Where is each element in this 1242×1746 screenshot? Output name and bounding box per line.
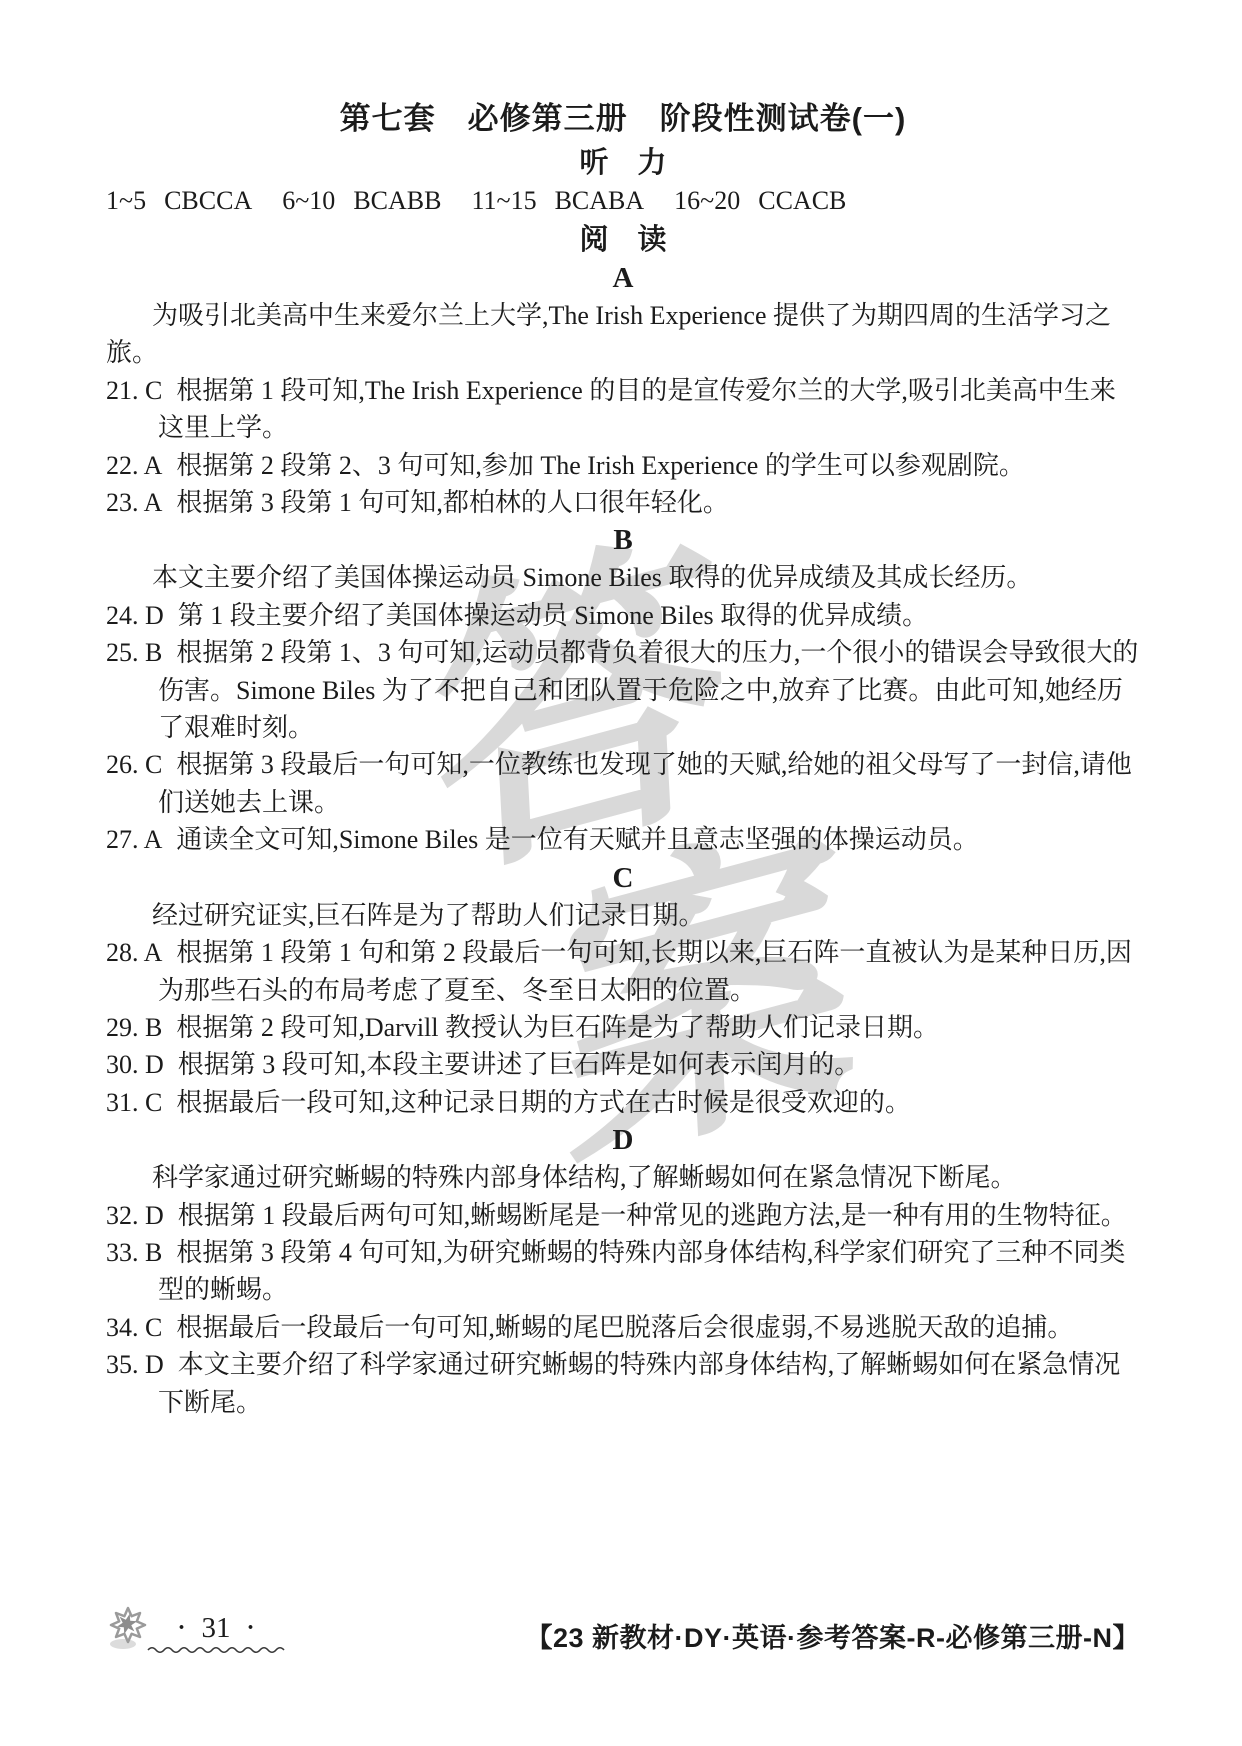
question-label: 30. D [106, 1050, 164, 1079]
question-label: 26. C [106, 750, 162, 779]
answer-range: 16~20 [674, 186, 740, 215]
explanation-text: 根据第 3 段第 4 句可知,为研究蜥蜴的特殊内部身体结构,科学家们研究了三种不… [158, 1238, 1125, 1304]
section-letter-c: C [106, 859, 1140, 897]
answer-item: 23. A根据第 3 段第 1 句可知,都柏林的人口很年轻化。 [106, 484, 1140, 521]
answer-letters: CBCCA [164, 186, 252, 215]
answer-item: 34. C根据最后一段最后一句可知,蜥蜴的尾巴脱落后会很虚弱,不易逃脱天敌的追捕… [106, 1309, 1140, 1346]
page-number-dot-right: · [247, 1615, 255, 1641]
page-title: 第七套 必修第三册 阶段性测试卷(一) [106, 96, 1140, 142]
question-label: 32. D [106, 1201, 164, 1230]
section-letter-a: A [106, 259, 1140, 297]
explanation-text: 通读全文可知,Simone Biles 是一位有天赋并且意志坚强的体操运动员。 [176, 825, 978, 854]
question-label: 34. C [106, 1313, 162, 1342]
answer-item: 21. C根据第 1 段可知,The Irish Experience 的目的是… [106, 372, 1140, 447]
page-number: ·31· [146, 1612, 286, 1645]
question-label: 28. A [106, 938, 162, 967]
starburst-icon [108, 1606, 148, 1655]
explanation-text: 根据最后一段可知,这种记录日期的方式在古时候是很受欢迎的。 [176, 1088, 911, 1117]
question-label: 22. A [106, 451, 162, 480]
answer-range: 11~15 [471, 186, 536, 215]
answer-item: 31. C根据最后一段可知,这种记录日期的方式在古时候是很受欢迎的。 [106, 1084, 1140, 1121]
question-label: 35. D [106, 1350, 164, 1379]
answer-letters: BCABB [353, 186, 441, 215]
answer-group: 16~20CCACB [674, 182, 846, 219]
explanation-text: 根据第 3 段第 1 句可知,都柏林的人口很年轻化。 [176, 488, 729, 517]
answer-item: 27. A通读全文可知,Simone Biles 是一位有天赋并且意志坚强的体操… [106, 821, 1140, 858]
answer-item: 24. D第 1 段主要介绍了美国体操运动员 Simone Biles 取得的优… [106, 597, 1140, 634]
explanation-text: 根据第 1 段可知,The Irish Experience 的目的是宣传爱尔兰… [158, 376, 1116, 442]
answer-group: 11~15BCABA [471, 182, 644, 219]
book-reference-text: 【23 新教材·DY·英语·参考答案-R-必修第三册-N】 [526, 1616, 1141, 1655]
question-label: 33. B [106, 1238, 162, 1267]
page-footer: ·31· 【23 新教材·DY·英语·参考答案-R-必修第三册-N】 [0, 1600, 1242, 1690]
answer-letters: CCACB [758, 186, 846, 215]
answer-item: 30. D根据第 3 段可知,本段主要讲述了巨石阵是如何表示闰月的。 [106, 1046, 1140, 1083]
answer-item: 33. B根据第 3 段第 4 句可知,为研究蜥蜴的特殊内部身体结构,科学家们研… [106, 1234, 1140, 1309]
section-intro: 本文主要介绍了美国体操运动员 Simone Biles 取得的优异成绩及其成长经… [106, 559, 1140, 596]
answer-item: 29. B根据第 2 段可知,Darvill 教授认为巨石阵是为了帮助人们记录日… [106, 1009, 1140, 1046]
answer-item: 22. A根据第 2 段第 2、3 句可知,参加 The Irish Exper… [106, 447, 1140, 484]
listening-heading: 听 力 [106, 144, 1140, 182]
question-label: 25. B [106, 638, 162, 667]
answer-range: 6~10 [282, 186, 335, 215]
explanation-text: 本文主要介绍了科学家通过研究蜥蜴的特殊内部身体结构,了解蜥蜴如何在紧急情况下断尾… [158, 1350, 1120, 1416]
answer-group: 1~5CBCCA [106, 182, 252, 219]
explanation-text: 根据第 1 段第 1 句和第 2 段最后一句可知,长期以来,巨石阵一直被认为是某… [158, 938, 1132, 1004]
answer-group: 6~10BCABB [282, 182, 441, 219]
answer-item: 28. A根据第 1 段第 1 句和第 2 段最后一句可知,长期以来,巨石阵一直… [106, 934, 1140, 1009]
explanation-text: 根据最后一段最后一句可知,蜥蜴的尾巴脱落后会很虚弱,不易逃脱天敌的追捕。 [176, 1313, 1073, 1342]
explanation-text: 根据第 2 段第 2、3 句可知,参加 The Irish Experience… [176, 451, 1025, 480]
section-intro: 为吸引北美高中生来爱尔兰上大学,The Irish Experience 提供了… [106, 297, 1140, 372]
question-label: 31. C [106, 1088, 162, 1117]
explanation-text: 根据第 2 段可知,Darvill 教授认为巨石阵是为了帮助人们记录日期。 [176, 1013, 939, 1042]
question-label: 27. A [106, 825, 162, 854]
answer-key-page: 答 案 第七套 必修第三册 阶段性测试卷(一) 听 力 1~5CBCCA 6~1… [0, 0, 1242, 1746]
question-label: 21. C [106, 376, 162, 405]
wavy-underline [146, 1642, 286, 1660]
explanation-text: 根据第 3 段可知,本段主要讲述了巨石阵是如何表示闰月的。 [178, 1050, 861, 1079]
page-number-dot-left: · [177, 1615, 185, 1641]
answer-letters: BCABA [555, 186, 645, 215]
section-intro: 科学家通过研究蜥蜴的特殊内部身体结构,了解蜥蜴如何在紧急情况下断尾。 [106, 1159, 1140, 1196]
page-number-value: 31 [202, 1612, 231, 1644]
explanation-text: 根据第 2 段第 1、3 句可知,运动员都背负着很大的压力,一个很小的错误会导致… [158, 638, 1138, 742]
explanation-text: 第 1 段主要介绍了美国体操运动员 Simone Biles 取得的优异成绩。 [178, 601, 928, 630]
answer-item: 26. C根据第 3 段最后一句可知,一位教练也发现了她的天赋,给她的祖父母写了… [106, 746, 1140, 821]
question-label: 29. B [106, 1013, 162, 1042]
reading-heading: 阅 读 [106, 221, 1140, 259]
answer-item: 32. D根据第 1 段最后两句可知,蜥蜴断尾是一种常见的逃跑方法,是一种有用的… [106, 1197, 1140, 1234]
explanation-text: 根据第 1 段最后两句可知,蜥蜴断尾是一种常见的逃跑方法,是一种有用的生物特征。 [178, 1201, 1127, 1230]
section-letter-d: D [106, 1121, 1140, 1159]
section-intro: 经过研究证实,巨石阵是为了帮助人们记录日期。 [106, 897, 1140, 934]
explanation-text: 根据第 3 段最后一句可知,一位教练也发现了她的天赋,给她的祖父母写了一封信,请… [158, 750, 1132, 816]
question-label: 23. A [106, 488, 162, 517]
answer-item: 25. B根据第 2 段第 1、3 句可知,运动员都背负着很大的压力,一个很小的… [106, 634, 1140, 746]
section-letter-b: B [106, 521, 1140, 559]
answer-item: 35. D本文主要介绍了科学家通过研究蜥蜴的特殊内部身体结构,了解蜥蜴如何在紧急… [106, 1346, 1140, 1421]
document-content: 第七套 必修第三册 阶段性测试卷(一) 听 力 1~5CBCCA 6~10BCA… [0, 0, 1242, 1421]
answer-range: 1~5 [106, 186, 146, 215]
question-label: 24. D [106, 601, 164, 630]
listening-answers-row: 1~5CBCCA 6~10BCABB 11~15BCABA 16~20CCACB [106, 182, 1140, 219]
